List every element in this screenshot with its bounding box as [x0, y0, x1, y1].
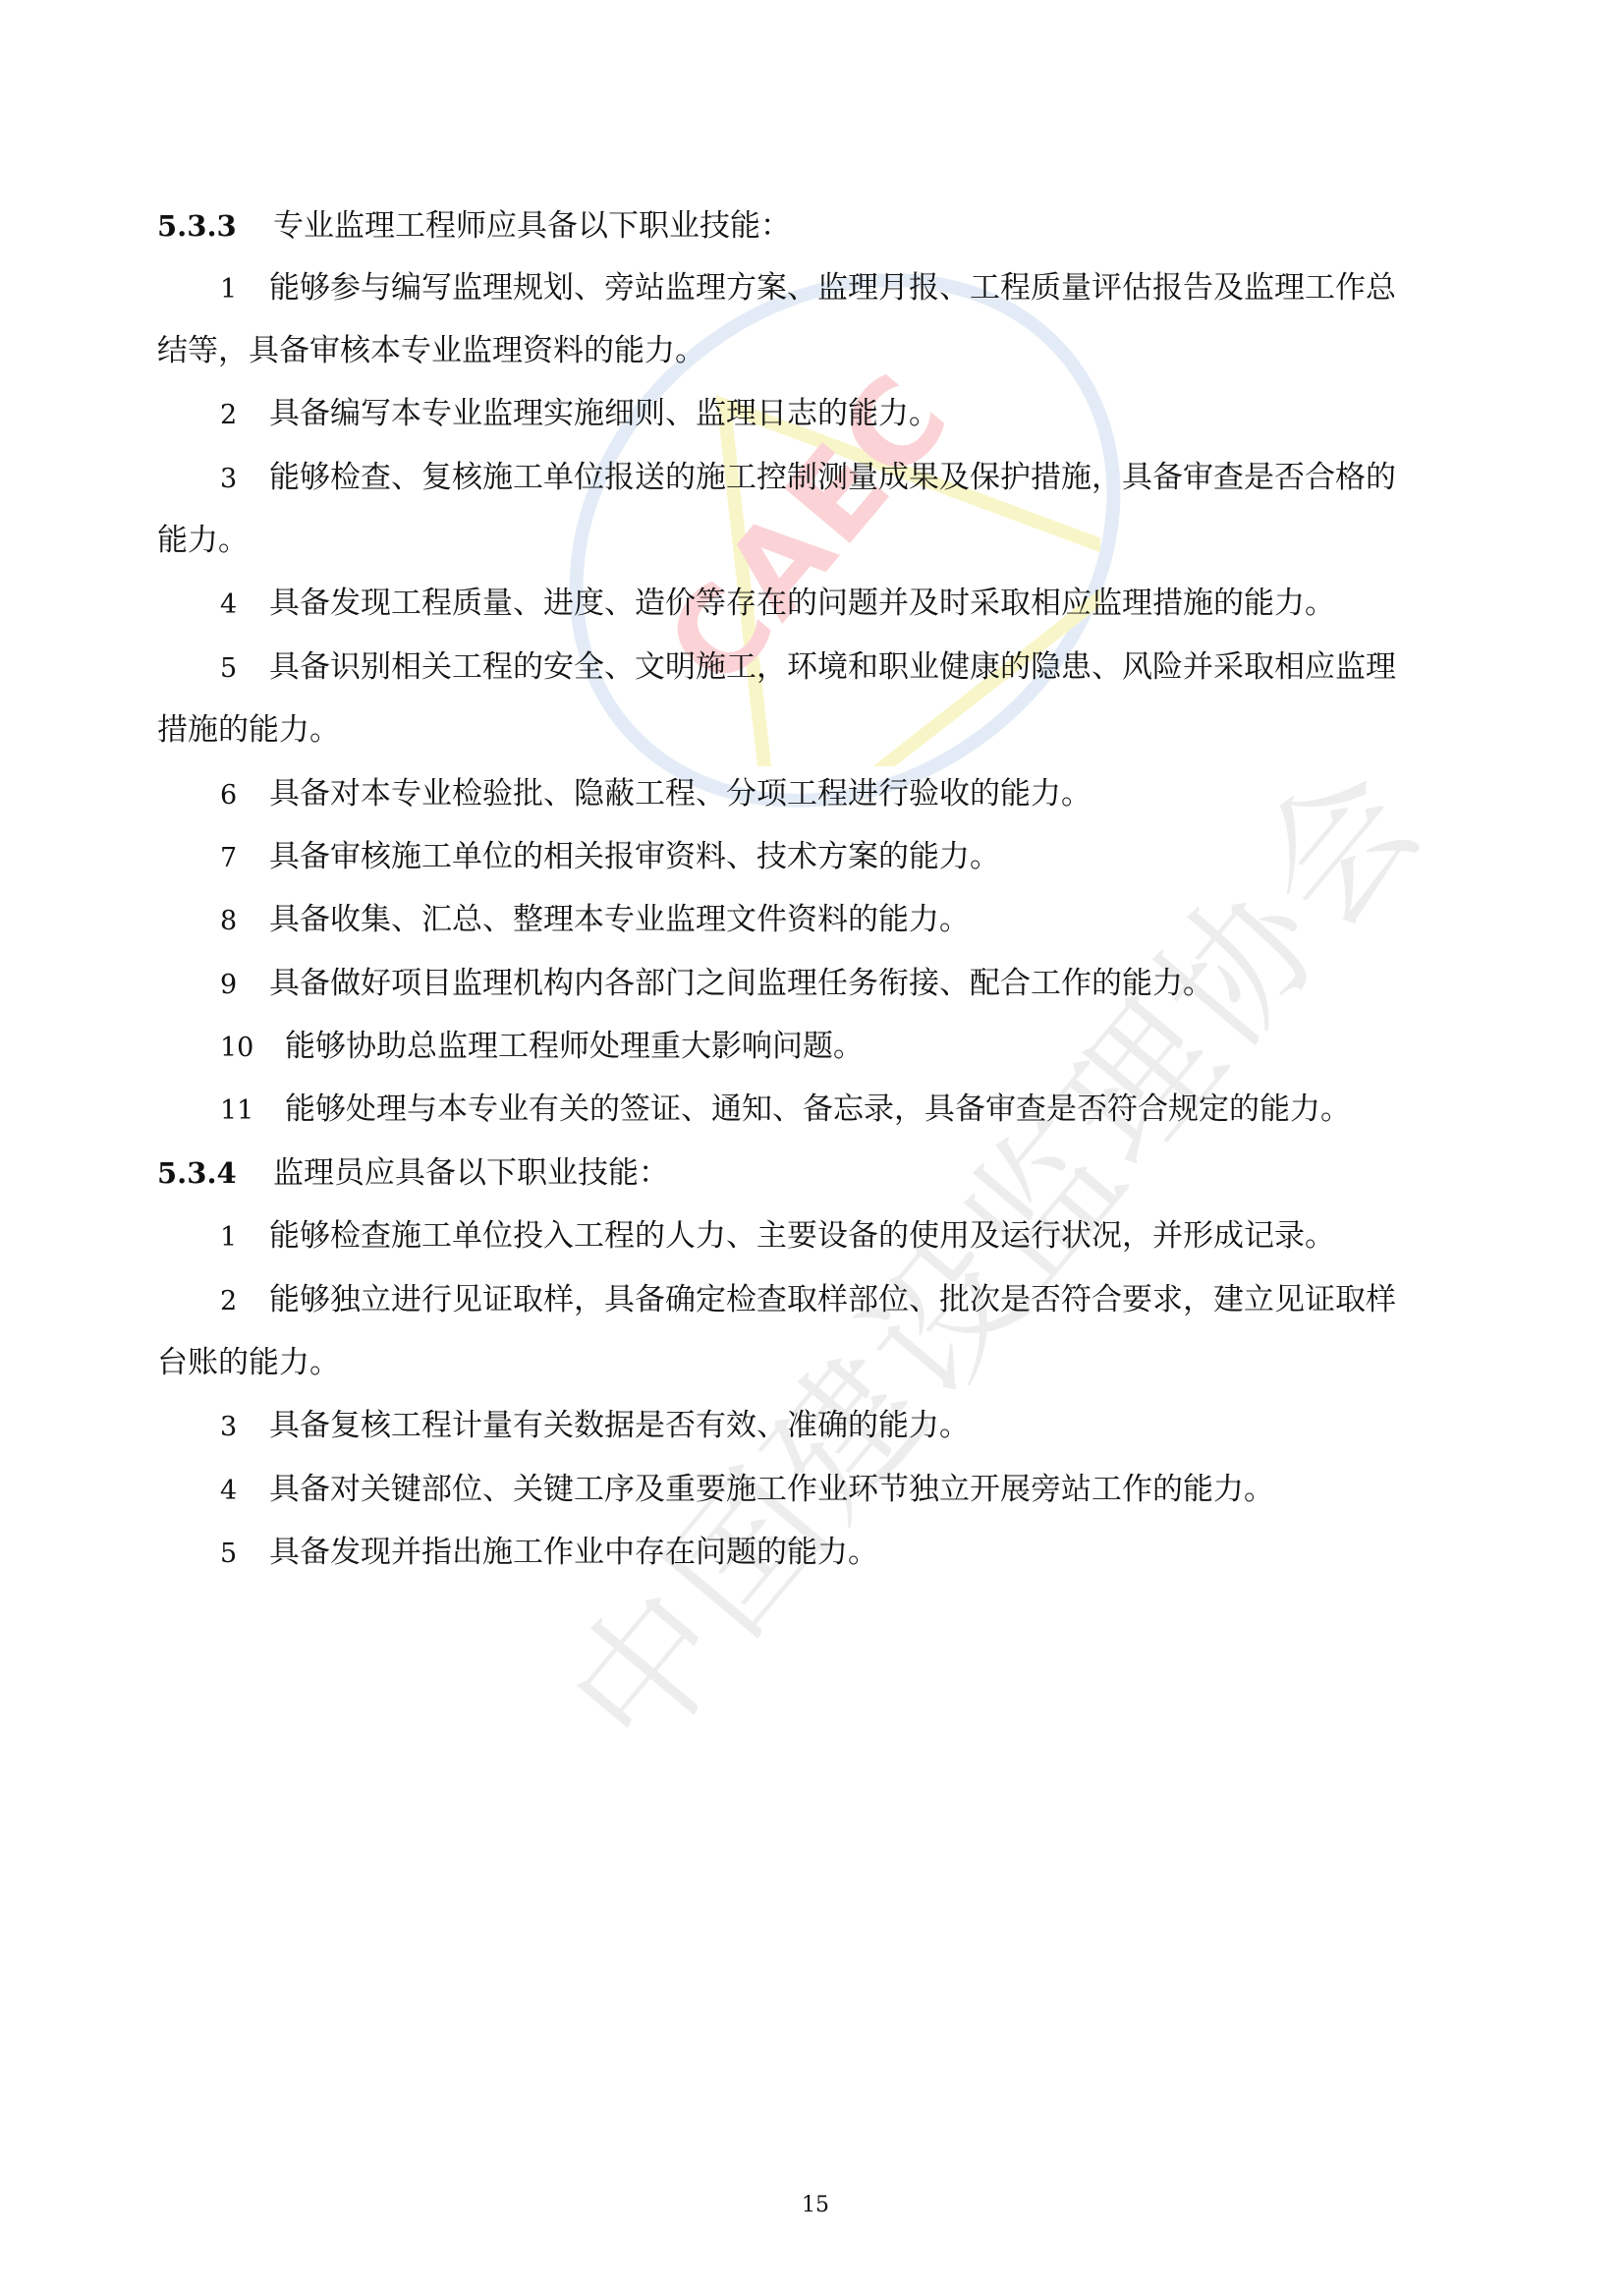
list-item: 1能够检查施工单位投入工程的人力、主要设备的使用及运行状况，并形成记录。	[220, 1216, 1335, 1256]
list-item: 4具备对关键部位、关键工序及重要施工作业环节独立开展旁站工作的能力。	[220, 1470, 1274, 1509]
list-item: 9具备做好项目监理机构内各部门之间监理任务衔接、配合工作的能力。	[220, 964, 1213, 1003]
list-item: 3具备复核工程计量有关数据是否有效、准确的能力。	[220, 1406, 970, 1445]
list-item-continuation: 结等，具备审核本专业监理资料的能力。	[157, 331, 705, 370]
item-text: 能够检查施工单位投入工程的人力、主要设备的使用及运行状况，并形成记录。	[269, 1218, 1335, 1254]
list-item: 4具备发现工程质量、进度、造价等存在的问题并及时采取相应监理措施的能力。	[220, 584, 1335, 623]
list-item: 1能够参与编写监理规划、旁站监理方案、监理月报、工程质量评估报告及监理工作总	[220, 268, 1396, 308]
list-item: 2能够独立进行见证取样，具备确定检查取样部位、批次是否符合要求，建立见证取样	[220, 1280, 1396, 1319]
item-text: 具备编写本专业监理实施细则、监理日志的能力。	[269, 396, 939, 431]
item-text: 能够检查、复核施工单位报送的施工控制测量成果及保护措施，具备审查是否合格的	[269, 460, 1396, 495]
item-number: 4	[220, 586, 269, 625]
item-text: 能够协助总监理工程师处理重大影响问题。	[285, 1029, 864, 1064]
item-number: 2	[220, 1282, 269, 1321]
list-item: 8具备收集、汇总、整理本专业监理文件资料的能力。	[220, 900, 970, 939]
item-text: 能够独立进行见证取样，具备确定检查取样部位、批次是否符合要求，建立见证取样	[269, 1282, 1396, 1317]
item-text: 具备发现工程质量、进度、造价等存在的问题并及时采取相应监理措施的能力。	[269, 586, 1335, 621]
item-number: 5	[220, 1535, 269, 1574]
item-text: 具备做好项目监理机构内各部门之间监理任务衔接、配合工作的能力。	[269, 966, 1213, 1001]
item-text: 具备收集、汇总、整理本专业监理文件资料的能力。	[269, 902, 970, 937]
item-text: 能够处理与本专业有关的签证、通知、备忘录，具备审查是否符合规定的能力。	[285, 1092, 1351, 1127]
section-number: 5.3.4	[157, 1153, 273, 1193]
list-item: 2具备编写本专业监理实施细则、监理日志的能力。	[220, 394, 939, 433]
item-number: 10	[220, 1029, 285, 1068]
item-number: 3	[220, 460, 269, 499]
section-heading: 5.3.3专业监理工程师应具备以下职业技能：	[157, 206, 791, 246]
item-number: 4	[220, 1472, 269, 1511]
item-number: 8	[220, 902, 269, 941]
item-number: 3	[220, 1408, 269, 1447]
list-item: 3能够检查、复核施工单位报送的施工控制测量成果及保护措施，具备审查是否合格的	[220, 458, 1396, 497]
item-text: 具备识别相关工程的安全、文明施工，环境和职业健康的隐患、风险并采取相应监理	[269, 649, 1396, 685]
item-number: 2	[220, 396, 269, 435]
list-item: 11能够处理与本专业有关的签证、通知、备忘录，具备审查是否符合规定的能力。	[220, 1090, 1351, 1129]
item-number: 11	[220, 1092, 285, 1131]
section-heading: 5.3.4监理员应具备以下职业技能：	[157, 1153, 669, 1193]
list-item-continuation: 台账的能力。	[157, 1343, 340, 1382]
item-text: 具备复核工程计量有关数据是否有效、准确的能力。	[269, 1408, 970, 1443]
section-title: 监理员应具备以下职业技能：	[273, 1155, 669, 1191]
item-number: 7	[220, 839, 269, 878]
section-number: 5.3.3	[157, 206, 273, 246]
list-item-continuation: 措施的能力。	[157, 710, 340, 750]
item-text: 具备发现并指出施工作业中存在问题的能力。	[269, 1535, 878, 1570]
list-item: 5具备发现并指出施工作业中存在问题的能力。	[220, 1533, 878, 1572]
list-item-continuation: 能力。	[157, 521, 249, 560]
item-number: 1	[220, 1218, 269, 1258]
page-number: 15	[802, 2193, 829, 2217]
list-item: 6具备对本专业检验批、隐蔽工程、分项工程进行验收的能力。	[220, 774, 1091, 813]
section-title: 专业监理工程师应具备以下职业技能：	[273, 208, 791, 244]
item-number: 1	[220, 270, 269, 309]
item-text: 具备审核施工单位的相关报审资料、技术方案的能力。	[269, 839, 1000, 874]
list-item: 10能够协助总监理工程师处理重大影响问题。	[220, 1027, 864, 1066]
item-number: 5	[220, 649, 269, 689]
list-item: 7具备审核施工单位的相关报审资料、技术方案的能力。	[220, 837, 1000, 876]
item-text: 具备对本专业检验批、隐蔽工程、分项工程进行验收的能力。	[269, 776, 1091, 812]
item-text: 具备对关键部位、关键工序及重要施工作业环节独立开展旁站工作的能力。	[269, 1472, 1274, 1507]
item-text: 能够参与编写监理规划、旁站监理方案、监理月报、工程质量评估报告及监理工作总	[269, 270, 1396, 306]
item-number: 6	[220, 776, 269, 815]
item-number: 9	[220, 966, 269, 1005]
list-item: 5具备识别相关工程的安全、文明施工，环境和职业健康的隐患、风险并采取相应监理	[220, 647, 1396, 687]
